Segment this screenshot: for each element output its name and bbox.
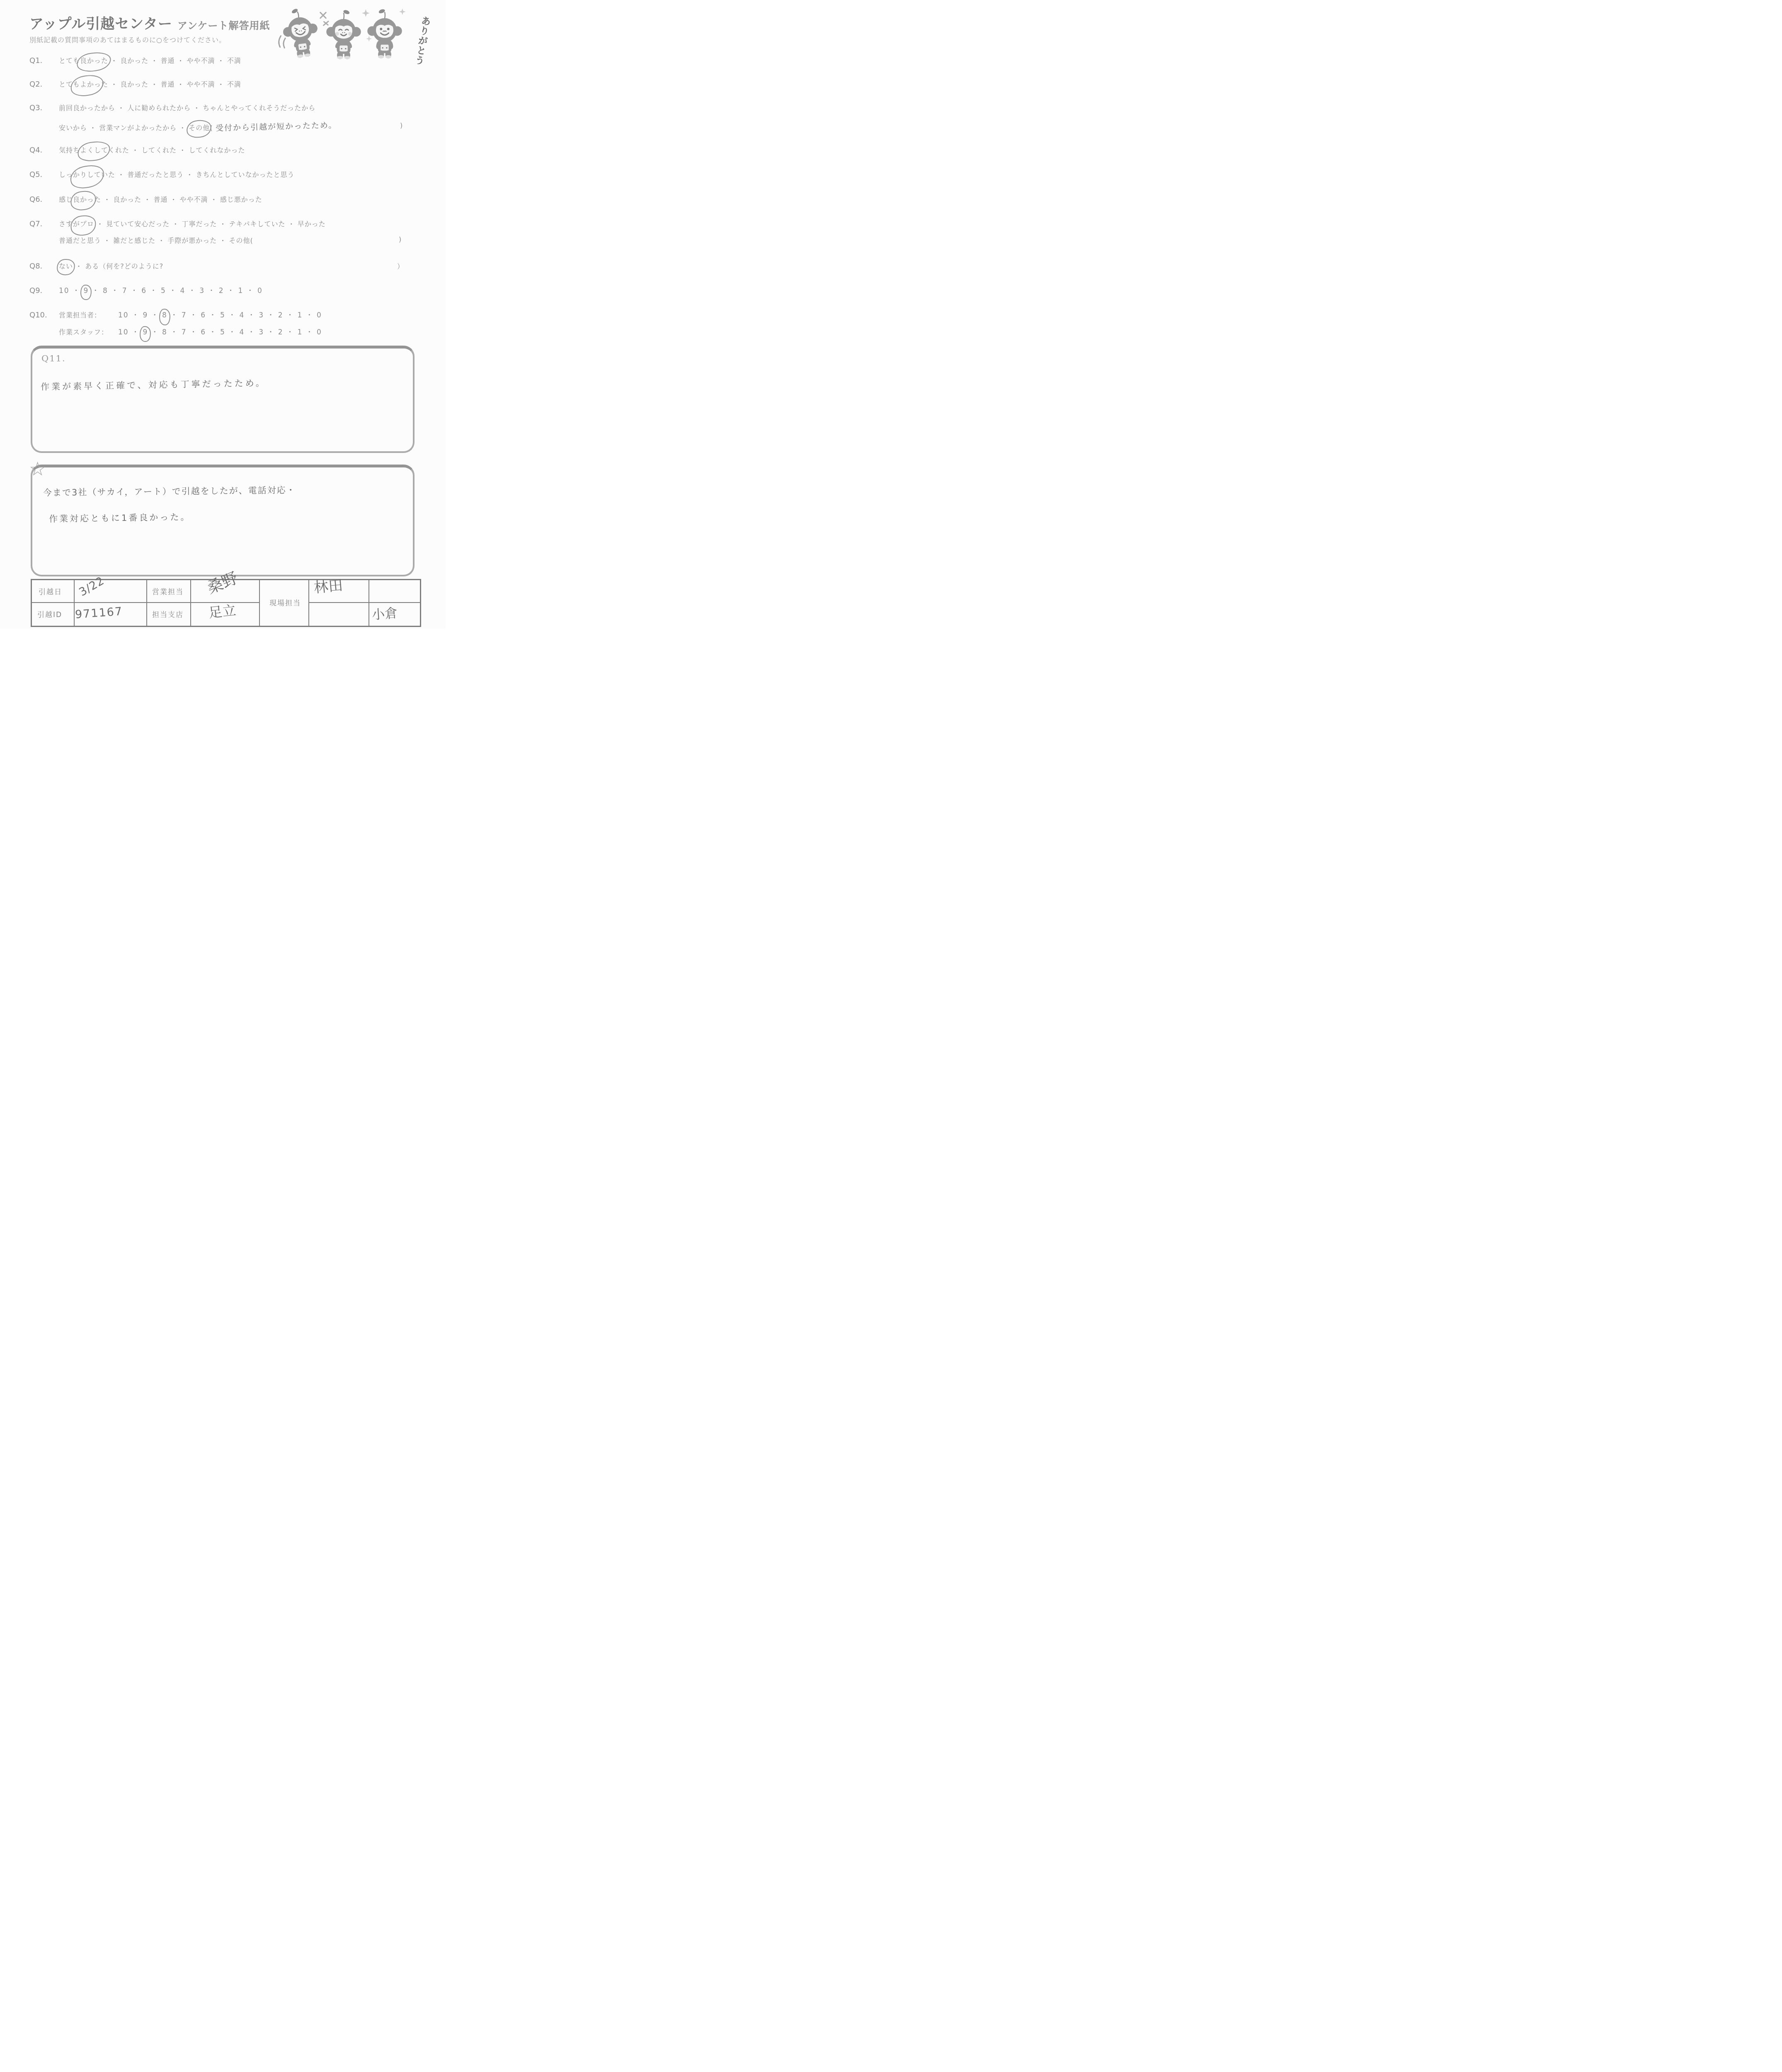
q4-circled-answer: よくして bbox=[80, 145, 108, 155]
field-rep-handwritten-value-bottom: 小倉 bbox=[371, 603, 398, 623]
q1-number: Q1. bbox=[29, 56, 59, 65]
field-rep-label: 現場担当 bbox=[269, 597, 301, 608]
q3-close-paren: ) bbox=[400, 121, 403, 129]
table-line bbox=[259, 580, 260, 626]
q8-close-paren: ） bbox=[397, 261, 404, 271]
question-q9-row: Q9.10 ・ 9 ・ 8 ・ 7 ・ 6 ・ 5 ・ 4 ・ 3 ・ 2 ・ … bbox=[29, 285, 263, 295]
form-title: アンケート解答用紙 bbox=[177, 17, 270, 32]
q6-option-pre: 感じ bbox=[59, 196, 73, 203]
table-line bbox=[369, 580, 369, 626]
q9-number: Q9. bbox=[29, 286, 59, 295]
q10-staff-label: 作業スタッフ bbox=[59, 328, 101, 336]
sparkle-cross-icon bbox=[320, 12, 328, 25]
q10-sales-scale-rest: ・ 7 ・ 6 ・ 5 ・ 4 ・ 3 ・ 2 ・ 1 ・ 0 bbox=[167, 311, 322, 320]
sparkle-diamond-icon bbox=[399, 8, 406, 15]
q10-staff-scale-pre: 10 ・ bbox=[118, 328, 143, 336]
mascot-thanks-text: ありがとう bbox=[412, 15, 433, 66]
move-id-handwritten-value: 971167 bbox=[75, 605, 123, 621]
q5-number: Q5. bbox=[29, 170, 59, 179]
question-q10-row1: Q10.営業担当者：10 ・ 9 ・ 8 ・ 7 ・ 6 ・ 5 ・ 4 ・ 3… bbox=[29, 309, 322, 320]
question-q1-row: Q1.とても良かった ・ 良かった ・ 普通 ・ やや不満 ・ 不満 bbox=[29, 56, 241, 65]
q10-staff-colon: ： bbox=[101, 328, 108, 336]
q10-sales-circled-score: 8 bbox=[162, 311, 167, 320]
monkey-3-icon bbox=[367, 8, 402, 58]
q1-option-pre: とても bbox=[59, 57, 80, 65]
footer-info-table: 引越日 引越ID 営業担当 担当支店 現場担当 3/22 971167 桑野 足… bbox=[31, 579, 421, 627]
q4-option-pre: 気持ち bbox=[59, 146, 80, 154]
star-handwritten-line2: 作業対応ともに1番良かった。 bbox=[49, 511, 191, 525]
question-q7-row2: 普通だと思う ・ 雑だと感じた ・ 手際が悪かった ・ その他() bbox=[29, 235, 253, 245]
q4-number: Q4. bbox=[29, 146, 59, 155]
q7-number: Q7. bbox=[29, 220, 59, 228]
q7-options-rest: ・ 見ていて安心だった ・ 丁寧だった ・ テキパキしていた ・ 早かった bbox=[94, 220, 326, 228]
q2-option-pre: とて bbox=[59, 80, 73, 88]
q3-number: Q3. bbox=[29, 104, 59, 112]
question-q2-row: Q2.とてもよかった ・ 良かった ・ 普通 ・ やや不満 ・ 不満 bbox=[29, 79, 241, 89]
q9-scale-rest: ・ 8 ・ 7 ・ 6 ・ 5 ・ 4 ・ 3 ・ 2 ・ 1 ・ 0 bbox=[89, 287, 263, 295]
q3-handwritten-answer: 受付から引越が短かったため。 bbox=[215, 119, 337, 133]
move-date-label: 引越日 bbox=[39, 586, 62, 596]
branch-label: 担当支店 bbox=[152, 609, 184, 619]
question-q10-row2: 作業スタッフ：10 ・ 9 ・ 8 ・ 7 ・ 6 ・ 5 ・ 4 ・ 3 ・ … bbox=[29, 326, 322, 336]
q9-scale-pre: 10 ・ bbox=[59, 287, 83, 295]
q1-options-rest: ・ 良かった ・ 普通 ・ やや不満 ・ 不満 bbox=[108, 57, 241, 65]
q1-circled-answer: 良かった bbox=[80, 56, 108, 65]
mascot-monkeys-illustration bbox=[275, 3, 412, 66]
question-q6-row: Q6.感じ良かった ・ 良かった ・ 普通 ・ やや不満 ・ 感じ悪かった bbox=[29, 194, 262, 204]
q10-number: Q10. bbox=[29, 311, 59, 320]
star-comment-box: ☆ 今まで3社（サカイ，アート）で引越をしたが、電話対応・ 作業対応ともに1番良… bbox=[31, 465, 415, 576]
q10-staff-scale-rest: ・ 8 ・ 7 ・ 6 ・ 5 ・ 4 ・ 3 ・ 2 ・ 1 ・ 0 bbox=[148, 328, 322, 336]
question-q7-row1: Q7.さすがプロ ・ 見ていて安心だった ・ 丁寧だった ・ テキパキしていた … bbox=[29, 219, 326, 228]
q11-answer-box: Q11. 作業が素早く正確で、対応も丁寧だったため。 bbox=[31, 346, 415, 453]
q6-circled-answer: 良かっ bbox=[73, 194, 94, 204]
sales-rep-label: 営業担当 bbox=[152, 586, 184, 596]
table-line bbox=[190, 580, 191, 626]
q10-staff-circled-score: 9 bbox=[143, 328, 148, 336]
motion-lines-icon bbox=[279, 36, 286, 48]
q5-option-pre: しっ bbox=[59, 171, 73, 179]
q7-close-paren: ) bbox=[399, 235, 402, 243]
q8-circled-answer: ない bbox=[59, 261, 73, 271]
question-q4-row: Q4.気持ちよくしてくれた ・ してくれた ・ してくれなかった bbox=[29, 145, 245, 155]
q11-box-label: Q11. bbox=[41, 353, 66, 363]
q3-open-paren: ( bbox=[210, 124, 213, 132]
table-line bbox=[308, 602, 420, 603]
star-icon: ☆ bbox=[29, 457, 46, 480]
q5-options-rest: いた ・ 普通だったと思う ・ きちんとしていなかったと思う bbox=[101, 171, 294, 179]
question-q8-row: Q8.ない ・ ある（何を?どのように?） bbox=[29, 261, 163, 271]
table-line bbox=[146, 580, 147, 626]
q4-options-rest: くれた ・ してくれた ・ してくれなかった bbox=[108, 146, 245, 154]
sparkle-diamond-icon bbox=[362, 9, 370, 17]
monkey-2-icon bbox=[326, 9, 361, 59]
star-handwritten-line1: 今まで3社（サカイ，アート）で引越をしたが、電話対応・ bbox=[43, 484, 296, 499]
q9-circled-score: 9 bbox=[83, 287, 89, 295]
q6-number: Q6. bbox=[29, 195, 59, 204]
move-id-label: 引越ID bbox=[37, 609, 62, 619]
monkey-1-icon bbox=[280, 5, 321, 60]
q3-options-line1: 前回良かったから ・ 人に勧められたから ・ ちゃんとやってくれそうだったから bbox=[59, 104, 315, 112]
q5-circled-answer: かりして bbox=[73, 169, 101, 179]
q11-handwritten-answer: 作業が素早く正確で、対応も丁寧だったため。 bbox=[41, 376, 267, 393]
q2-options-rest: た ・ 良かった ・ 普通 ・ やや不満 ・ 不満 bbox=[101, 80, 241, 88]
company-brand-title: アップル引越センター bbox=[29, 12, 172, 33]
q10-sales-label: 営業担当者 bbox=[59, 311, 94, 319]
q3-options-line2: 安いから ・ 営業マンがよかったから ・ bbox=[59, 124, 189, 132]
q8-number: Q8. bbox=[29, 262, 59, 271]
q8-options-rest: ・ ある（何を?どのように? bbox=[73, 262, 163, 270]
scanned-survey-page: アップル引越センター アンケート解答用紙 別紙記載の質問事項のあてはまるものに○… bbox=[0, 0, 446, 629]
question-q5-row: Q5.しっかりしていた ・ 普通だったと思う ・ きちんとしていなかったと思う bbox=[29, 169, 294, 179]
q7-options-line2: 普通だと思う ・ 雑だと感じた ・ 手際が悪かった ・ その他( bbox=[59, 237, 253, 244]
field-rep-handwritten-value-top: 林田 bbox=[313, 574, 344, 597]
table-line bbox=[74, 580, 75, 626]
table-line bbox=[308, 580, 309, 626]
move-date-handwritten-value: 3/22 bbox=[77, 574, 107, 599]
q7-circled-answer: がプロ bbox=[73, 219, 94, 228]
sparkle-diamond-icon bbox=[366, 36, 372, 41]
branch-handwritten-value: 足立 bbox=[208, 600, 237, 622]
q7-option-pre: さす bbox=[59, 220, 73, 228]
q6-options-rest: た ・ 良かった ・ 普通 ・ やや不満 ・ 感じ悪かった bbox=[94, 196, 262, 203]
instruction-text: 別紙記載の質問事項のあてはまるものに○をつけてください。 bbox=[29, 35, 226, 44]
q10-sales-scale-pre: 10 ・ 9 ・ bbox=[118, 311, 162, 320]
q3-circled-answer: その他 bbox=[189, 123, 210, 132]
q10-sales-colon: ： bbox=[94, 311, 101, 319]
q2-circled-answer: もよかっ bbox=[73, 79, 101, 89]
q2-number: Q2. bbox=[29, 80, 59, 89]
question-q3-row1: Q3.前回良かったから ・ 人に勧められたから ・ ちゃんとやってくれそうだった… bbox=[29, 103, 315, 112]
question-q3-row2: 安いから ・ 営業マンがよかったから ・ その他( 受付から引越が短かったため。… bbox=[29, 121, 337, 133]
